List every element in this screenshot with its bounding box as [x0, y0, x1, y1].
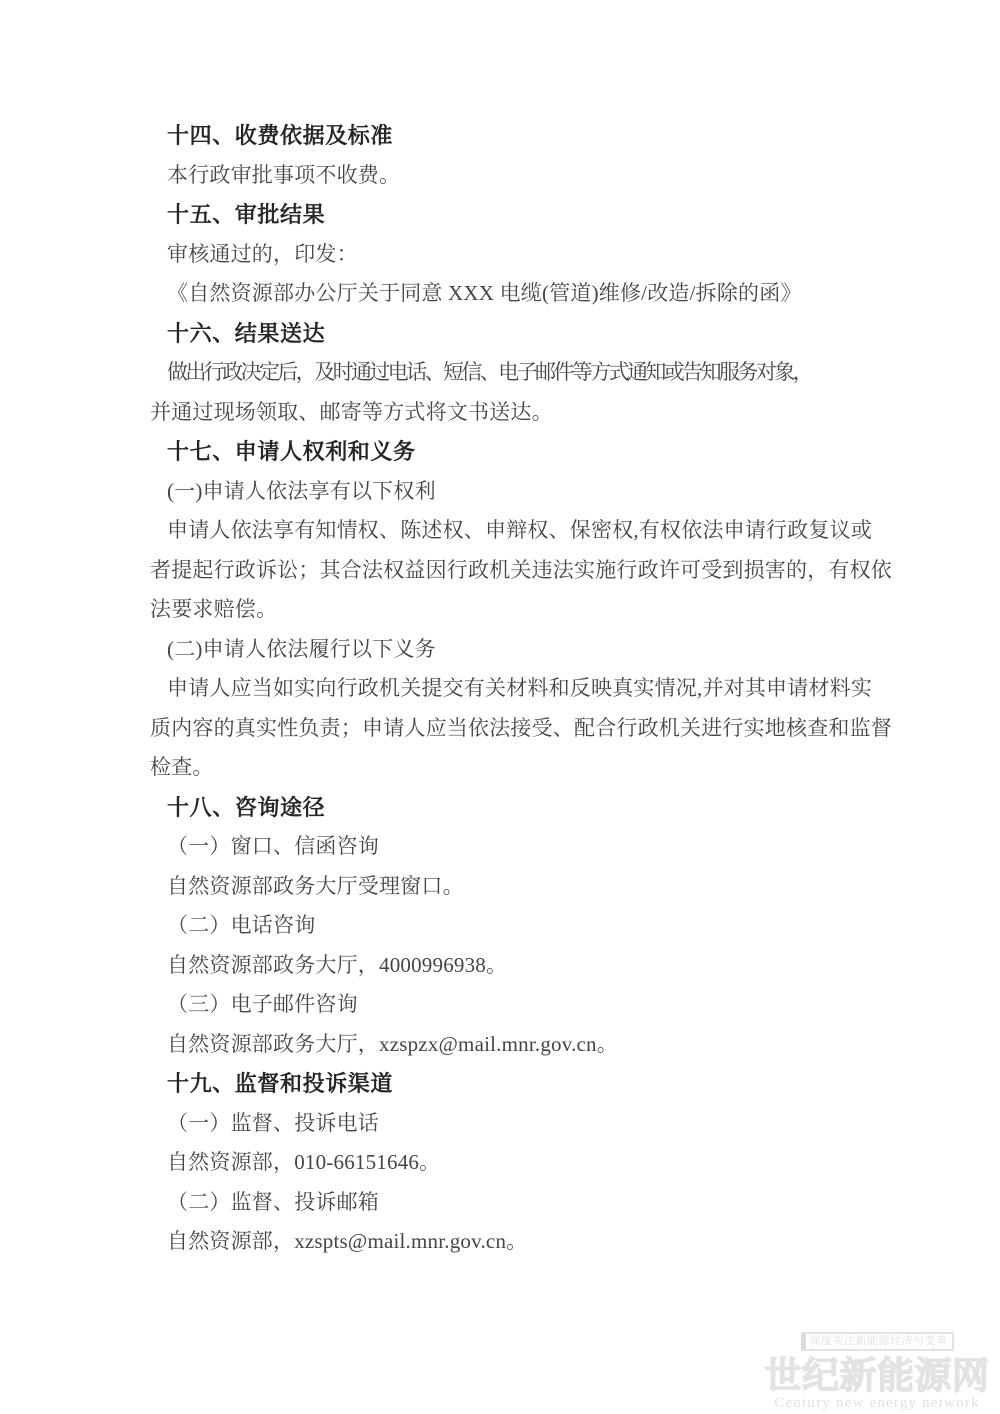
body-line: 并通过现场领取、邮寄等方式将文书送达。: [150, 393, 870, 433]
body-line: （二）监督、投诉邮箱: [150, 1183, 870, 1223]
section-heading-17: 十七、申请人权利和义务: [150, 432, 870, 472]
watermark-subtitle: Century new energy network: [774, 1395, 979, 1412]
body-line: 审核通过的，印发：: [150, 235, 870, 275]
body-line: （一）监督、投诉电话: [150, 1104, 870, 1144]
body-line: 者提起行政诉讼；其合法权益因行政机关违法实施行政许可受到损害的，有权依: [150, 551, 870, 591]
watermark-tagline: 深度关注新能源经济与变革: [801, 1332, 954, 1351]
body-line: (二)申请人依法履行以下义务: [150, 630, 870, 670]
body-line: 自然资源部政务大厅，4000996938。: [150, 946, 870, 986]
body-line-phone: 自然资源部，010-66151646。: [150, 1143, 870, 1183]
body-line-email: 自然资源部，xzspts@mail.mnr.gov.cn。: [150, 1222, 870, 1262]
body-line-email: 自然资源部政务大厅，xzspzx@mail.mnr.gov.cn。: [150, 1025, 870, 1065]
body-line: 做出行政决定后，及时通过电话、短信、电子邮件等方式通知或告知服务对象，: [150, 353, 870, 393]
body-line: 检查。: [150, 748, 870, 788]
body-line: 申请人依法享有知情权、陈述权、申辩权、保密权,有权依法申请行政复议或: [150, 511, 870, 551]
document-page: 十四、收费依据及标准 本行政审批事项不收费。 十五、审批结果 审核通过的，印发：…: [0, 0, 1000, 1414]
body-line: 《自然资源部办公厅关于同意 XXX 电缆(管道)维修/改造/拆除的函》: [150, 274, 870, 314]
body-line: 自然资源部政务大厅受理窗口。: [150, 867, 870, 907]
body-line: 质内容的真实性负责；申请人应当依法接受、配合行政机关进行实地核查和监督: [150, 709, 870, 749]
body-line: 法要求赔偿。: [150, 590, 870, 630]
section-heading-14: 十四、收费依据及标准: [150, 116, 870, 156]
section-heading-18: 十八、咨询途径: [150, 788, 870, 828]
section-heading-19: 十九、监督和投诉渠道: [150, 1064, 870, 1104]
document-body: 十四、收费依据及标准 本行政审批事项不收费。 十五、审批结果 审核通过的，印发：…: [150, 116, 870, 1262]
body-line: （三）电子邮件咨询: [150, 985, 870, 1025]
body-line: 申请人应当如实向行政机关提交有关材料和反映真实情况,并对其申请材料实: [150, 669, 870, 709]
body-line: （一）窗口、信函咨询: [150, 827, 870, 867]
body-line: (一)申请人依法享有以下权利: [150, 472, 870, 512]
site-watermark: 深度关注新能源经济与变革 世纪新能源网 Century new energy n…: [764, 1332, 990, 1412]
section-heading-15: 十五、审批结果: [150, 195, 870, 235]
body-line: （二）电话咨询: [150, 906, 870, 946]
section-heading-16: 十六、结果送达: [150, 314, 870, 354]
watermark-logo-text: 世纪新能源网: [765, 1356, 990, 1396]
body-line: 本行政审批事项不收费。: [150, 156, 870, 196]
